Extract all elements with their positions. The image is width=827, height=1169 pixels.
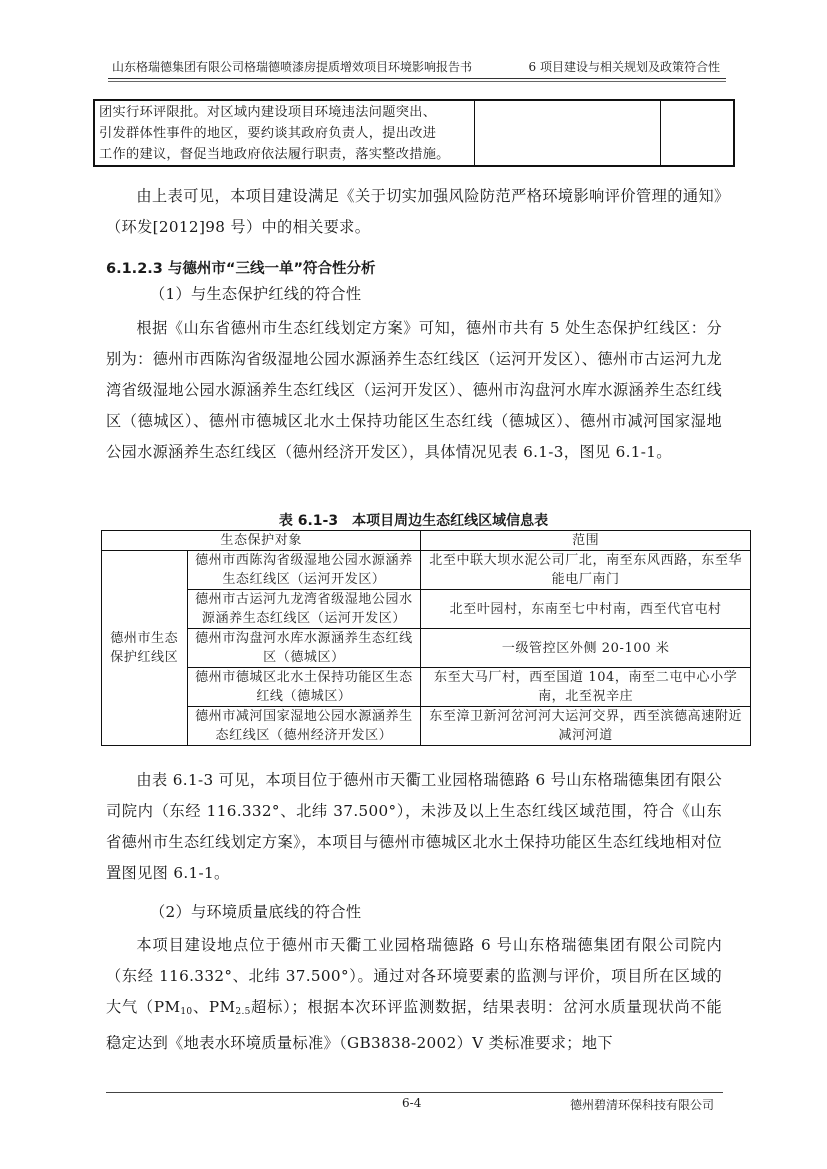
report-title: 山东格瑞德集团有限公司格瑞德喷漆房提质增效项目环境影响报告书 bbox=[112, 58, 472, 76]
table-row: 德州市减河国家湿地公园水源涵养生态红线区（德州经济开发区） 东至漳卫新河岔河河大… bbox=[102, 707, 751, 746]
chapter-title: 6 项目建设与相关规划及政策符合性 bbox=[529, 58, 720, 76]
subsection-heading-1: （1）与生态保护红线的符合性 bbox=[150, 282, 361, 306]
continued-cell: 团实行环评限批。对区域内建设项目环境违法问题突出、 引发群体性事件的地区，要约谈… bbox=[94, 100, 475, 166]
table-row: 德州市德城区北水土保持功能区生态红线（德城区） 东至大马厂村，西至国道 104，… bbox=[102, 668, 751, 707]
text-run: 、PM bbox=[193, 998, 236, 1016]
continued-line: 工作的建议，督促当地政府依法履行职责，落实整改措施。 bbox=[99, 144, 474, 165]
paragraph-redline-conclusion: 由表 6.1-3 可见，本项目位于德州市天衢工业园格瑞德路 6 号山东格瑞德集团… bbox=[106, 765, 722, 889]
subscript: 10 bbox=[180, 1007, 192, 1017]
table-header-range: 范围 bbox=[421, 531, 751, 551]
table-caption: 表 6.1-3 本项目周边生态红线区域信息表 bbox=[0, 510, 827, 532]
object-cell: 德州市古运河九龙湾省级湿地公园水源涵养生态红线区（运河开发区） bbox=[187, 590, 421, 629]
subsection-heading-2: （2）与环境质量底线的符合性 bbox=[150, 900, 361, 924]
section-heading: 6.1.2.3 与德州市“三线一单”符合性分析 bbox=[106, 257, 376, 281]
eco-redline-table: 生态保护对象 范围 德州市生态保护红线区 德州市西陈沟省级湿地公园水源涵养生态红… bbox=[101, 530, 751, 746]
continued-table: 团实行环评限批。对区域内建设项目环境违法问题突出、 引发群体性事件的地区，要约谈… bbox=[93, 99, 735, 167]
empty-cell bbox=[661, 100, 734, 166]
continued-line: 团实行环评限批。对区域内建设项目环境违法问题突出、 bbox=[99, 102, 474, 123]
object-cell: 德州市德城区北水土保持功能区生态红线（德城区） bbox=[187, 668, 421, 707]
paragraph-quality-baseline: 本项目建设地点位于德州市天衢工业园格瑞德路 6 号山东格瑞德集团有限公司院内（东… bbox=[106, 930, 722, 1059]
subscript: 2.5 bbox=[235, 1007, 250, 1017]
table-row: 德州市沟盘河水库水源涵养生态红线区（德城区） 一级管控区外侧 20-100 米 bbox=[102, 629, 751, 668]
page-header: 山东格瑞德集团有限公司格瑞德喷漆房提质增效项目环境影响报告书 6 项目建设与相关… bbox=[108, 58, 726, 79]
paragraph-conclusion: 由上表可见，本项目建设满足《关于切实加强风险防范严格环境影响评价管理的通知》（环… bbox=[106, 181, 722, 243]
object-cell: 德州市减河国家湿地公园水源涵养生态红线区（德州经济开发区） bbox=[187, 707, 421, 746]
object-cell: 德州市沟盘河水库水源涵养生态红线区（德城区） bbox=[187, 629, 421, 668]
range-cell: 一级管控区外侧 20-100 米 bbox=[421, 629, 751, 668]
range-cell: 北至叶园村，东南至七中村南，西至代官屯村 bbox=[421, 590, 751, 629]
footer-divider bbox=[106, 1092, 723, 1093]
table-header-object: 生态保护对象 bbox=[102, 531, 421, 551]
footer-company: 德州碧清环保科技有限公司 bbox=[570, 1096, 714, 1113]
range-cell: 东至漳卫新河岔河河大运河交界，西至滨德高速附近减河河道 bbox=[421, 707, 751, 746]
range-cell: 北至中联大坝水泥公司厂北，南至东风西路，东至华能电厂南门 bbox=[421, 551, 751, 590]
range-cell: 东至大马厂村，西至国道 104，南至二屯中心小学南，北至祝辛庄 bbox=[421, 668, 751, 707]
continued-line: 引发群体性事件的地区，要约谈其政府负责人，提出改进 bbox=[99, 123, 474, 144]
page-number: 6-4 bbox=[402, 1096, 421, 1110]
empty-cell bbox=[475, 100, 661, 166]
table-row: 德州市古运河九龙湾省级湿地公园水源涵养生态红线区（运河开发区） 北至叶园村，东南… bbox=[102, 590, 751, 629]
paragraph-redline-intro: 根据《山东省德州市生态红线划定方案》可知，德州市共有 5 处生态保护红线区：分别… bbox=[106, 313, 722, 468]
object-cell: 德州市西陈沟省级湿地公园水源涵养生态红线区（运河开发区） bbox=[187, 551, 421, 590]
category-cell: 德州市生态保护红线区 bbox=[102, 551, 188, 746]
table-row: 德州市生态保护红线区 德州市西陈沟省级湿地公园水源涵养生态红线区（运河开发区） … bbox=[102, 551, 751, 590]
